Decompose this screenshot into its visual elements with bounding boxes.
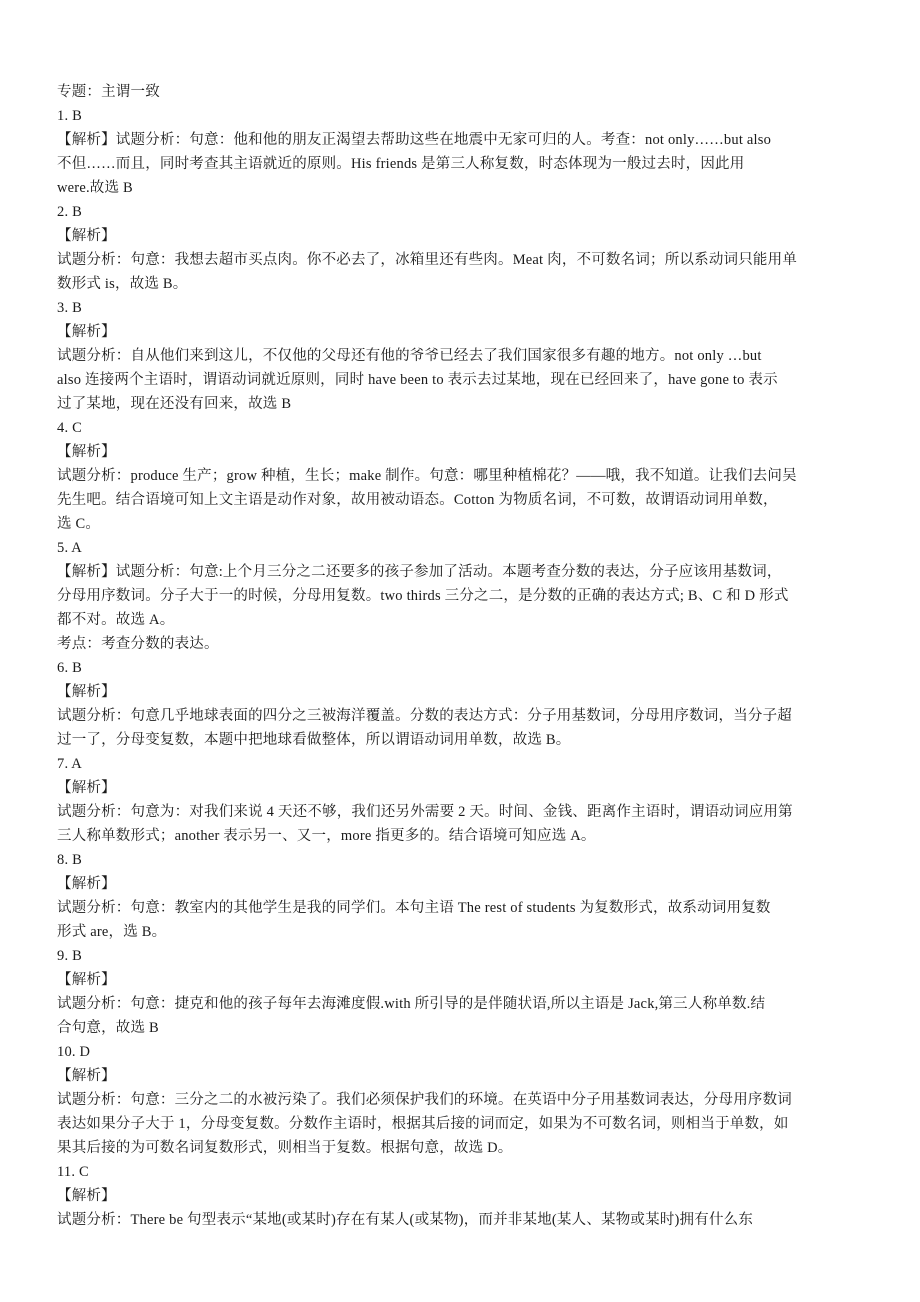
analysis-label: 【解析】 (57, 968, 867, 992)
answer-number: 5. A (57, 536, 867, 560)
answer-1: 1. B 【解析】试题分析：句意：他和他的朋友正渴望去帮助这些在地震中无家可归的… (57, 104, 867, 200)
analysis-label: 【解析】 (57, 440, 867, 464)
analysis-line: 分母用序数词。分子大于一的时候，分母用复数。two thirds 三分之二，是分… (57, 584, 867, 608)
answer-8: 8. B 【解析】 试题分析：句意：教室内的其他学生是我的同学们。本句主语 Th… (57, 848, 867, 944)
answer-number: 8. B (57, 848, 867, 872)
analysis-line: were.故选 B (57, 176, 867, 200)
answer-number: 6. B (57, 656, 867, 680)
analysis-label: 【解析】 (57, 680, 867, 704)
answer-number: 2. B (57, 200, 867, 224)
analysis-line: 不但……而且，同时考查其主语就近的原则。His friends 是第三人称复数，… (57, 152, 867, 176)
analysis-line: 过了某地，现在还没有回来，故选 B (57, 392, 867, 416)
analysis-line: 三人称单数形式；another 表示另一、又一，more 指更多的。结合语境可知… (57, 824, 867, 848)
analysis-label: 【解析】 (57, 1064, 867, 1088)
analysis-line: 试题分析：句意：教室内的其他学生是我的同学们。本句主语 The rest of … (57, 896, 867, 920)
analysis-line: 试题分析：句意：三分之二的水被污染了。我们必须保护我们的环境。在英语中分子用基数… (57, 1088, 867, 1112)
analysis-line: 试题分析：句意：捷克和他的孩子每年去海滩度假.with 所引导的是伴随状语,所以… (57, 992, 867, 1016)
answer-number: 11. C (57, 1160, 867, 1184)
analysis-line: 试题分析：自从他们来到这儿，不仅他的父母还有他的爷爷已经去了我们国家很多有趣的地… (57, 344, 867, 368)
answer-5: 5. A 【解析】试题分析：句意:上个月三分之二还要多的孩子参加了活动。本题考查… (57, 536, 867, 656)
answer-number: 3. B (57, 296, 867, 320)
answer-2: 2. B 【解析】 试题分析：句意：我想去超市买点肉。你不必去了，冰箱里还有些肉… (57, 200, 867, 296)
document-page: 专题：主谓一致 1. B 【解析】试题分析：句意：他和他的朋友正渴望去帮助这些在… (57, 80, 867, 1232)
analysis-line: 形式 are，选 B。 (57, 920, 867, 944)
analysis-line: 试题分析：There be 句型表示“某地(或某时)存在有某人(或某物)，而并非… (57, 1208, 867, 1232)
answer-number: 4. C (57, 416, 867, 440)
analysis-line: 果其后接的为可数名词复数形式，则相当于复数。根据句意，故选 D。 (57, 1136, 867, 1160)
answer-number: 9. B (57, 944, 867, 968)
answer-number: 7. A (57, 752, 867, 776)
analysis-line: 过一了，分母变复数，本题中把地球看做整体，所以谓语动词用单数，故选 B。 (57, 728, 867, 752)
analysis-line: 表达如果分子大于 1，分母变复数。分数作主语时，根据其后接的词而定，如果为不可数… (57, 1112, 867, 1136)
answer-3: 3. B 【解析】 试题分析：自从他们来到这儿，不仅他的父母还有他的爷爷已经去了… (57, 296, 867, 416)
answer-7: 7. A 【解析】 试题分析：句意为：对我们来说 4 天还不够，我们还另外需要 … (57, 752, 867, 848)
analysis-line: 试题分析：produce 生产；grow 种植，生长；make 制作。句意：哪里… (57, 464, 867, 488)
analysis-line: 合句意，故选 B (57, 1016, 867, 1040)
analysis-label: 【解析】 (57, 320, 867, 344)
answer-10: 10. D 【解析】 试题分析：句意：三分之二的水被污染了。我们必须保护我们的环… (57, 1040, 867, 1160)
analysis-line: 都不对。故选 A。 (57, 608, 867, 632)
topic-heading: 专题：主谓一致 (57, 80, 867, 104)
answer-number: 10. D (57, 1040, 867, 1064)
answer-9: 9. B 【解析】 试题分析：句意：捷克和他的孩子每年去海滩度假.with 所引… (57, 944, 867, 1040)
answer-4: 4. C 【解析】 试题分析：produce 生产；grow 种植，生长；mak… (57, 416, 867, 536)
analysis-line: 【解析】试题分析：句意：他和他的朋友正渴望去帮助这些在地震中无家可归的人。考查：… (57, 128, 867, 152)
analysis-label: 【解析】 (57, 1184, 867, 1208)
answer-11: 11. C 【解析】 试题分析：There be 句型表示“某地(或某时)存在有… (57, 1160, 867, 1232)
analysis-line: 选 C。 (57, 512, 867, 536)
analysis-label: 【解析】 (57, 872, 867, 896)
answer-6: 6. B 【解析】 试题分析：句意几乎地球表面的四分之三被海洋覆盖。分数的表达方… (57, 656, 867, 752)
analysis-label: 【解析】 (57, 776, 867, 800)
answer-number: 1. B (57, 104, 867, 128)
analysis-line: also 连接两个主语时，谓语动词就近原则，同时 have been to 表示… (57, 368, 867, 392)
analysis-line: 试题分析：句意：我想去超市买点肉。你不必去了，冰箱里还有些肉。Meat 肉，不可… (57, 248, 867, 272)
analysis-line: 【解析】试题分析：句意:上个月三分之二还要多的孩子参加了活动。本题考查分数的表达… (57, 560, 867, 584)
analysis-line: 试题分析：句意几乎地球表面的四分之三被海洋覆盖。分数的表达方式：分子用基数词，分… (57, 704, 867, 728)
analysis-line: 数形式 is，故选 B。 (57, 272, 867, 296)
analysis-label: 【解析】 (57, 224, 867, 248)
analysis-line: 试题分析：句意为：对我们来说 4 天还不够，我们还另外需要 2 天。时间、金钱、… (57, 800, 867, 824)
analysis-line: 先生吧。结合语境可知上文主语是动作对象，故用被动语态。Cotton 为物质名词，… (57, 488, 867, 512)
key-point-line: 考点：考查分数的表达。 (57, 632, 867, 656)
